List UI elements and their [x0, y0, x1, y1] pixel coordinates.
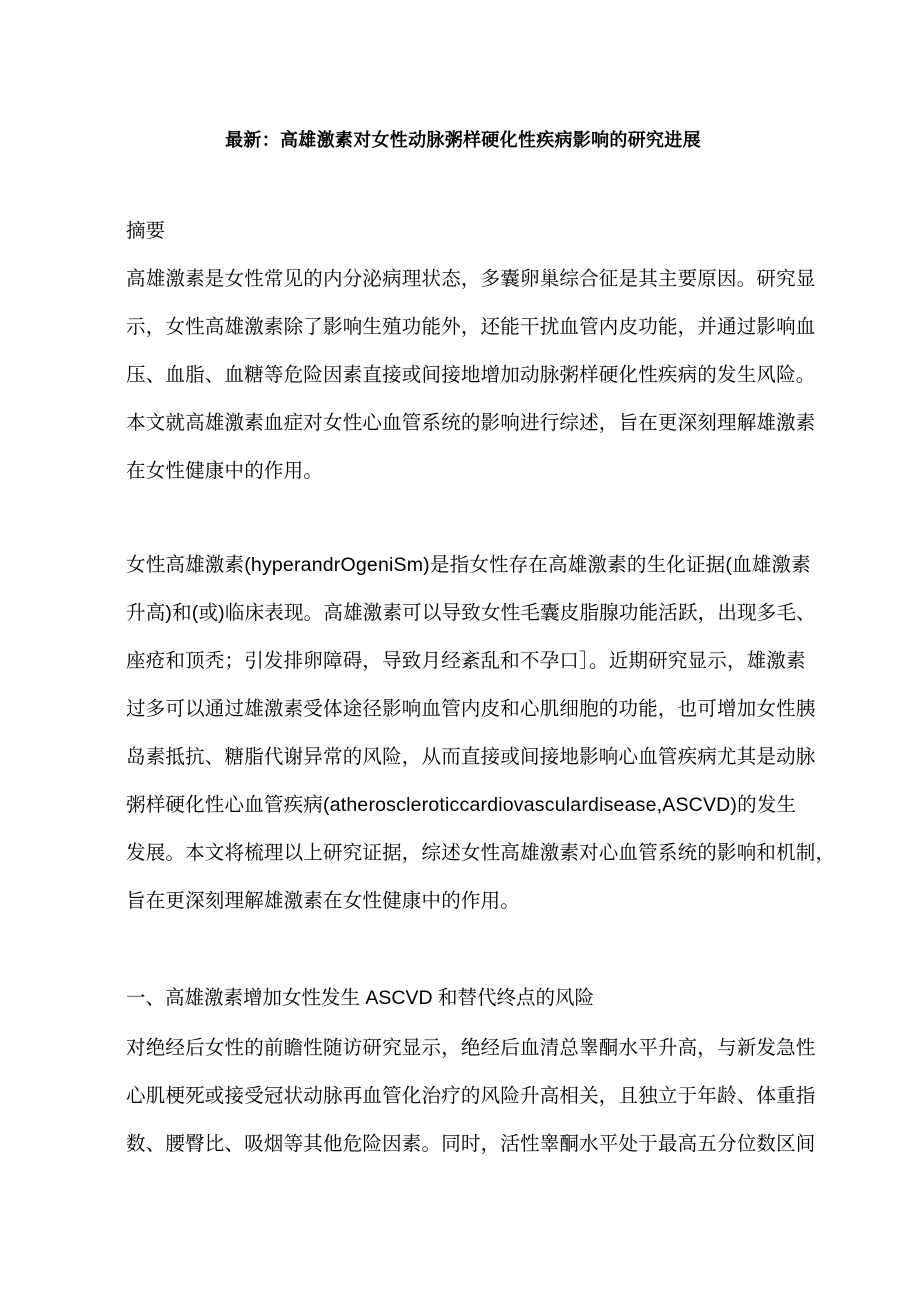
text-line: 心肌梗死或接受冠状动脉再血管化治疗的风险升高相关，且独立于年龄、体重指: [126, 1072, 800, 1120]
section-1-paragraph: 对绝经后女性的前瞻性随访研究显示，绝经后血清总睾酮水平升高，与新发急性 心肌梗死…: [126, 1024, 800, 1168]
abstract-paragraph: 高雄激素是女性常见的内分泌病理状态，多囊卵巢综合征是其主要原因。研究显 示，女性…: [126, 255, 800, 495]
text-line: 数、腰臀比、吸烟等其他危险因素。同时，活性睾酮水平处于最高五分位数区间: [126, 1120, 800, 1168]
text-line: 升高)和(或)临床表现。高雄激素可以导致女性毛囊皮脂腺功能活跃，出现多毛、: [126, 589, 800, 637]
intro-paragraph: 女性高雄激素(hyperandrOgeniSm)是指女性存在高雄激素的生化证据(…: [126, 541, 800, 925]
abstract-label: 摘要: [126, 207, 800, 255]
text-line: 本文就高雄激素血症对女性心血管系统的影响进行综述，旨在更深刻理解雄激素: [126, 399, 800, 447]
text-line: 发展。本文将梳理以上研究证据，综述女性高雄激素对心血管系统的影响和机制，: [126, 829, 800, 877]
document-page: 最新：高雄激素对女性动脉粥样硬化性疾病影响的研究进展 摘要 高雄激素是女性常见的…: [0, 0, 920, 1301]
text-line: 高雄激素是女性常见的内分泌病理状态，多囊卵巢综合征是其主要原因。研究显: [126, 255, 800, 303]
text-line: 过多可以通过雄激素受体途径影响血管内皮和心肌细胞的功能，也可增加女性胰: [126, 685, 800, 733]
document-title: 最新：高雄激素对女性动脉粥样硬化性疾病影响的研究进展: [126, 116, 800, 164]
section-1-heading: 一、高雄激素增加女性发生 ASCVD 和替代终点的风险: [126, 974, 800, 1022]
document-content: 最新：高雄激素对女性动脉粥样硬化性疾病影响的研究进展 摘要 高雄激素是女性常见的…: [0, 116, 920, 1168]
text-line: 压、血脂、血糖等危险因素直接或间接地增加动脉粥样硬化性疾病的发生风险。: [126, 351, 800, 399]
text-line: 示，女性高雄激素除了影响生殖功能外，还能干扰血管内皮功能，并通过影响血: [126, 303, 800, 351]
text-line: 旨在更深刻理解雄激素在女性健康中的作用。: [126, 877, 800, 925]
text-line: 粥样硬化性心血管疾病(atheroscleroticcardiovascular…: [126, 781, 800, 829]
text-line: 岛素抵抗、糖脂代谢异常的风险，从而直接或间接地影响心血管疾病尤其是动脉: [126, 733, 800, 781]
text-line: 座疮和顶秃；引发排卵障碍，导致月经紊乱和不孕口］。近期研究显示，雄激素: [126, 637, 800, 685]
text-line: 在女性健康中的作用。: [126, 447, 800, 495]
text-line: 对绝经后女性的前瞻性随访研究显示，绝经后血清总睾酮水平升高，与新发急性: [126, 1024, 800, 1072]
text-line: 女性高雄激素(hyperandrOgeniSm)是指女性存在高雄激素的生化证据(…: [126, 541, 800, 589]
